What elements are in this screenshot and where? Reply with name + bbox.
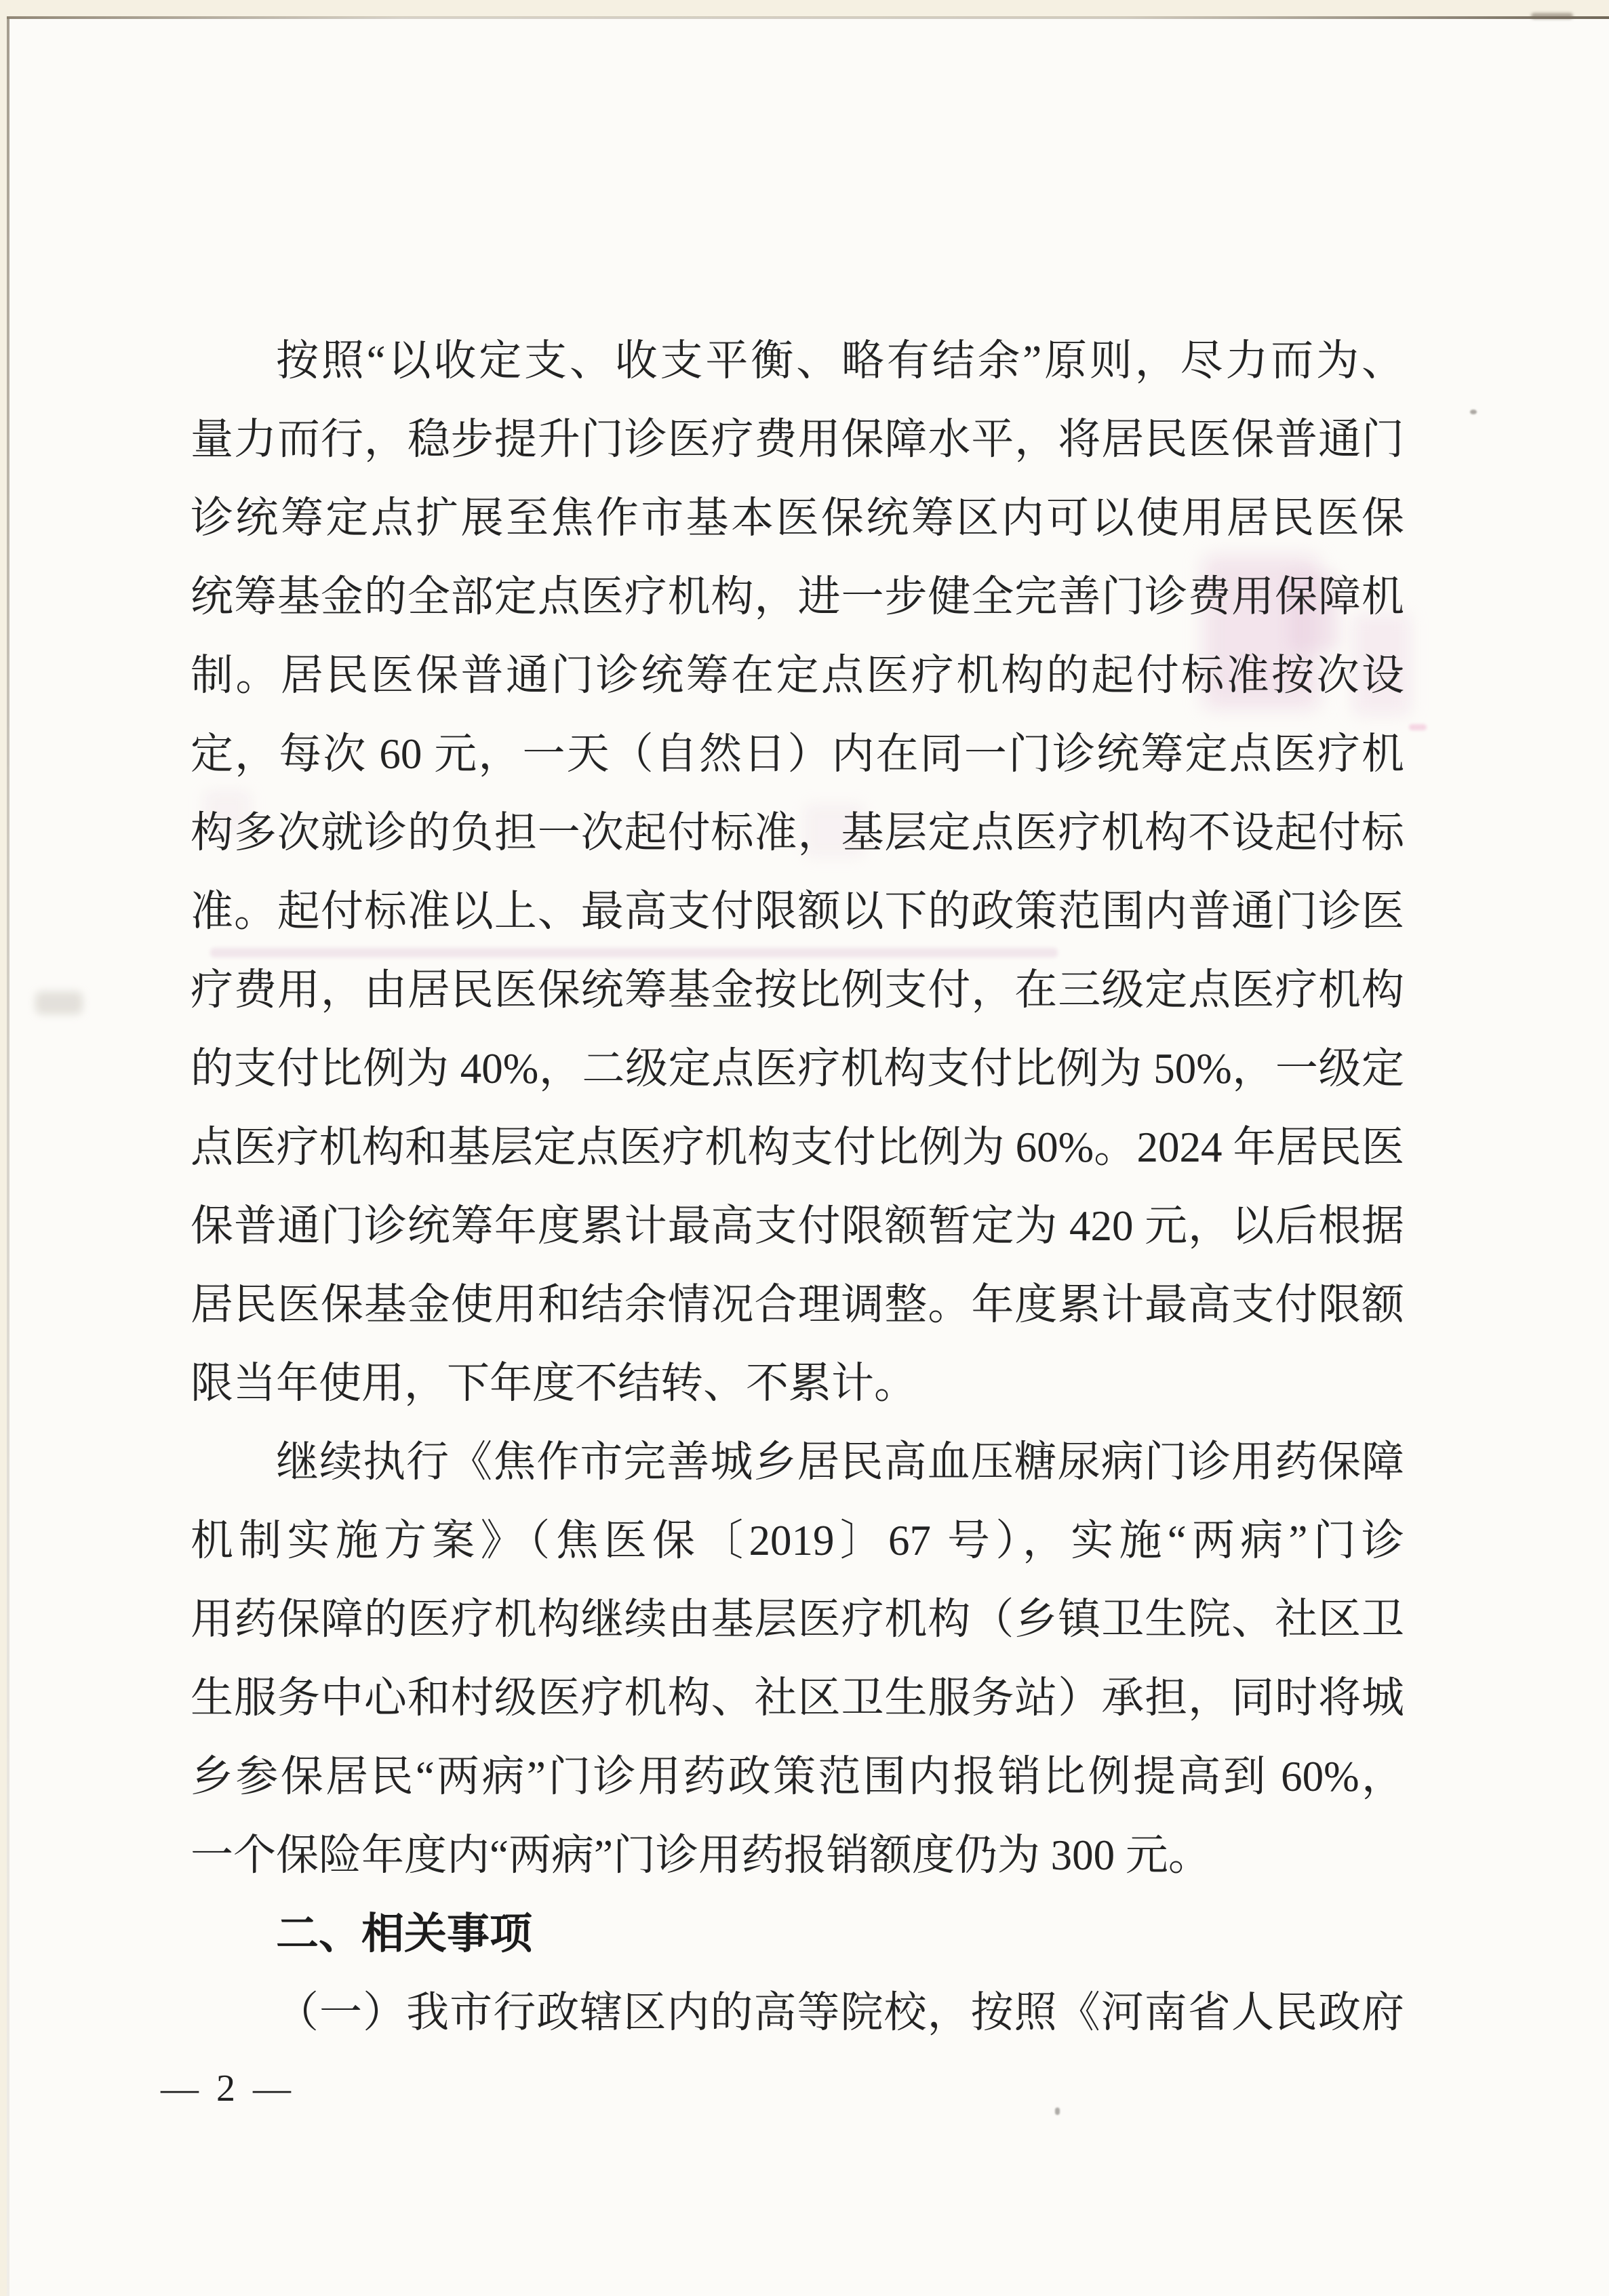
document-line: 用药保障的医疗机构继续由基层医疗机构（乡镇卫生院、社区卫	[191, 1580, 1404, 1659]
document-line: 定，每次 60 元，一天（自然日）内在同一门诊统筹定点医疗机	[191, 715, 1404, 793]
scan-speck	[1409, 724, 1427, 730]
document-line: 乡参保居民“两病”门诊用药政策范围内报销比例提高到 60%，	[191, 1737, 1404, 1816]
document-line: 疗费用，由居民医保统筹基金按比例支付，在三级定点医疗机构	[191, 951, 1404, 1029]
paper-left-edge-line	[7, 17, 9, 2296]
section-heading: 二、相关事项	[191, 1895, 1404, 1973]
document-line: 准。起付标准以上、最高支付限额以下的政策范围内普通门诊医	[191, 872, 1404, 951]
scan-speck	[1470, 410, 1477, 414]
document-line: （一）我市行政辖区内的高等院校，按照《河南省人民政府	[191, 1973, 1404, 2052]
scanned-document-page: 按照“以收定支、收支平衡、略有结余”原则，尽力而为、量力而行，稳步提升门诊医疗费…	[0, 0, 1609, 2296]
document-line: 居民医保基金使用和结余情况合理调整。年度累计最高支付限额	[191, 1265, 1404, 1344]
paper-top-edge-line	[0, 16, 1609, 19]
document-line: 制。居民医保普通门诊统筹在定点医疗机构的起付标准按次设	[191, 636, 1404, 715]
document-line: 点医疗机构和基层定点医疗机构支付比例为 60%。2024 年居民医	[191, 1108, 1404, 1187]
document-body: 按照“以收定支、收支平衡、略有结余”原则，尽力而为、量力而行，稳步提升门诊医疗费…	[191, 321, 1404, 2052]
scanner-bed-left-strip	[0, 0, 7, 2296]
document-line: 构多次就诊的负担一次起付标准，基层定点医疗机构不设起付标	[191, 793, 1404, 872]
page-number: — 2 —	[161, 2061, 295, 2116]
scanner-bed-top-strip	[0, 0, 1609, 17]
document-line: 诊统筹定点扩展至焦作市基本医保统筹区内可以使用居民医保	[191, 479, 1404, 557]
scan-smudge	[35, 991, 83, 1014]
scan-speck	[1055, 2107, 1060, 2115]
document-line: 的支付比例为 40%，二级定点医疗机构支付比例为 50%，一级定	[191, 1029, 1404, 1108]
document-line: 保普通门诊统筹年度累计最高支付限额暂定为 420 元，以后根据	[191, 1187, 1404, 1265]
document-line: 限当年使用，下年度不结转、不累计。	[191, 1344, 1404, 1423]
document-line: 继续执行《焦作市完善城乡居民高血压糖尿病门诊用药保障	[191, 1423, 1404, 1501]
document-line: 生服务中心和村级医疗机构、社区卫生服务站）承担，同时将城	[191, 1659, 1404, 1737]
document-line: 一个保险年度内“两病”门诊用药报销额度仍为 300 元。	[191, 1816, 1404, 1895]
document-line: 机制实施方案》（焦医保〔2019〕67 号），实施“两病”门诊	[191, 1501, 1404, 1580]
document-line: 量力而行，稳步提升门诊医疗费用保障水平，将居民医保普通门	[191, 400, 1404, 479]
document-line: 按照“以收定支、收支平衡、略有结余”原则，尽力而为、	[191, 321, 1404, 400]
document-line: 统筹基金的全部定点医疗机构，进一步健全完善门诊费用保障机	[191, 557, 1404, 636]
